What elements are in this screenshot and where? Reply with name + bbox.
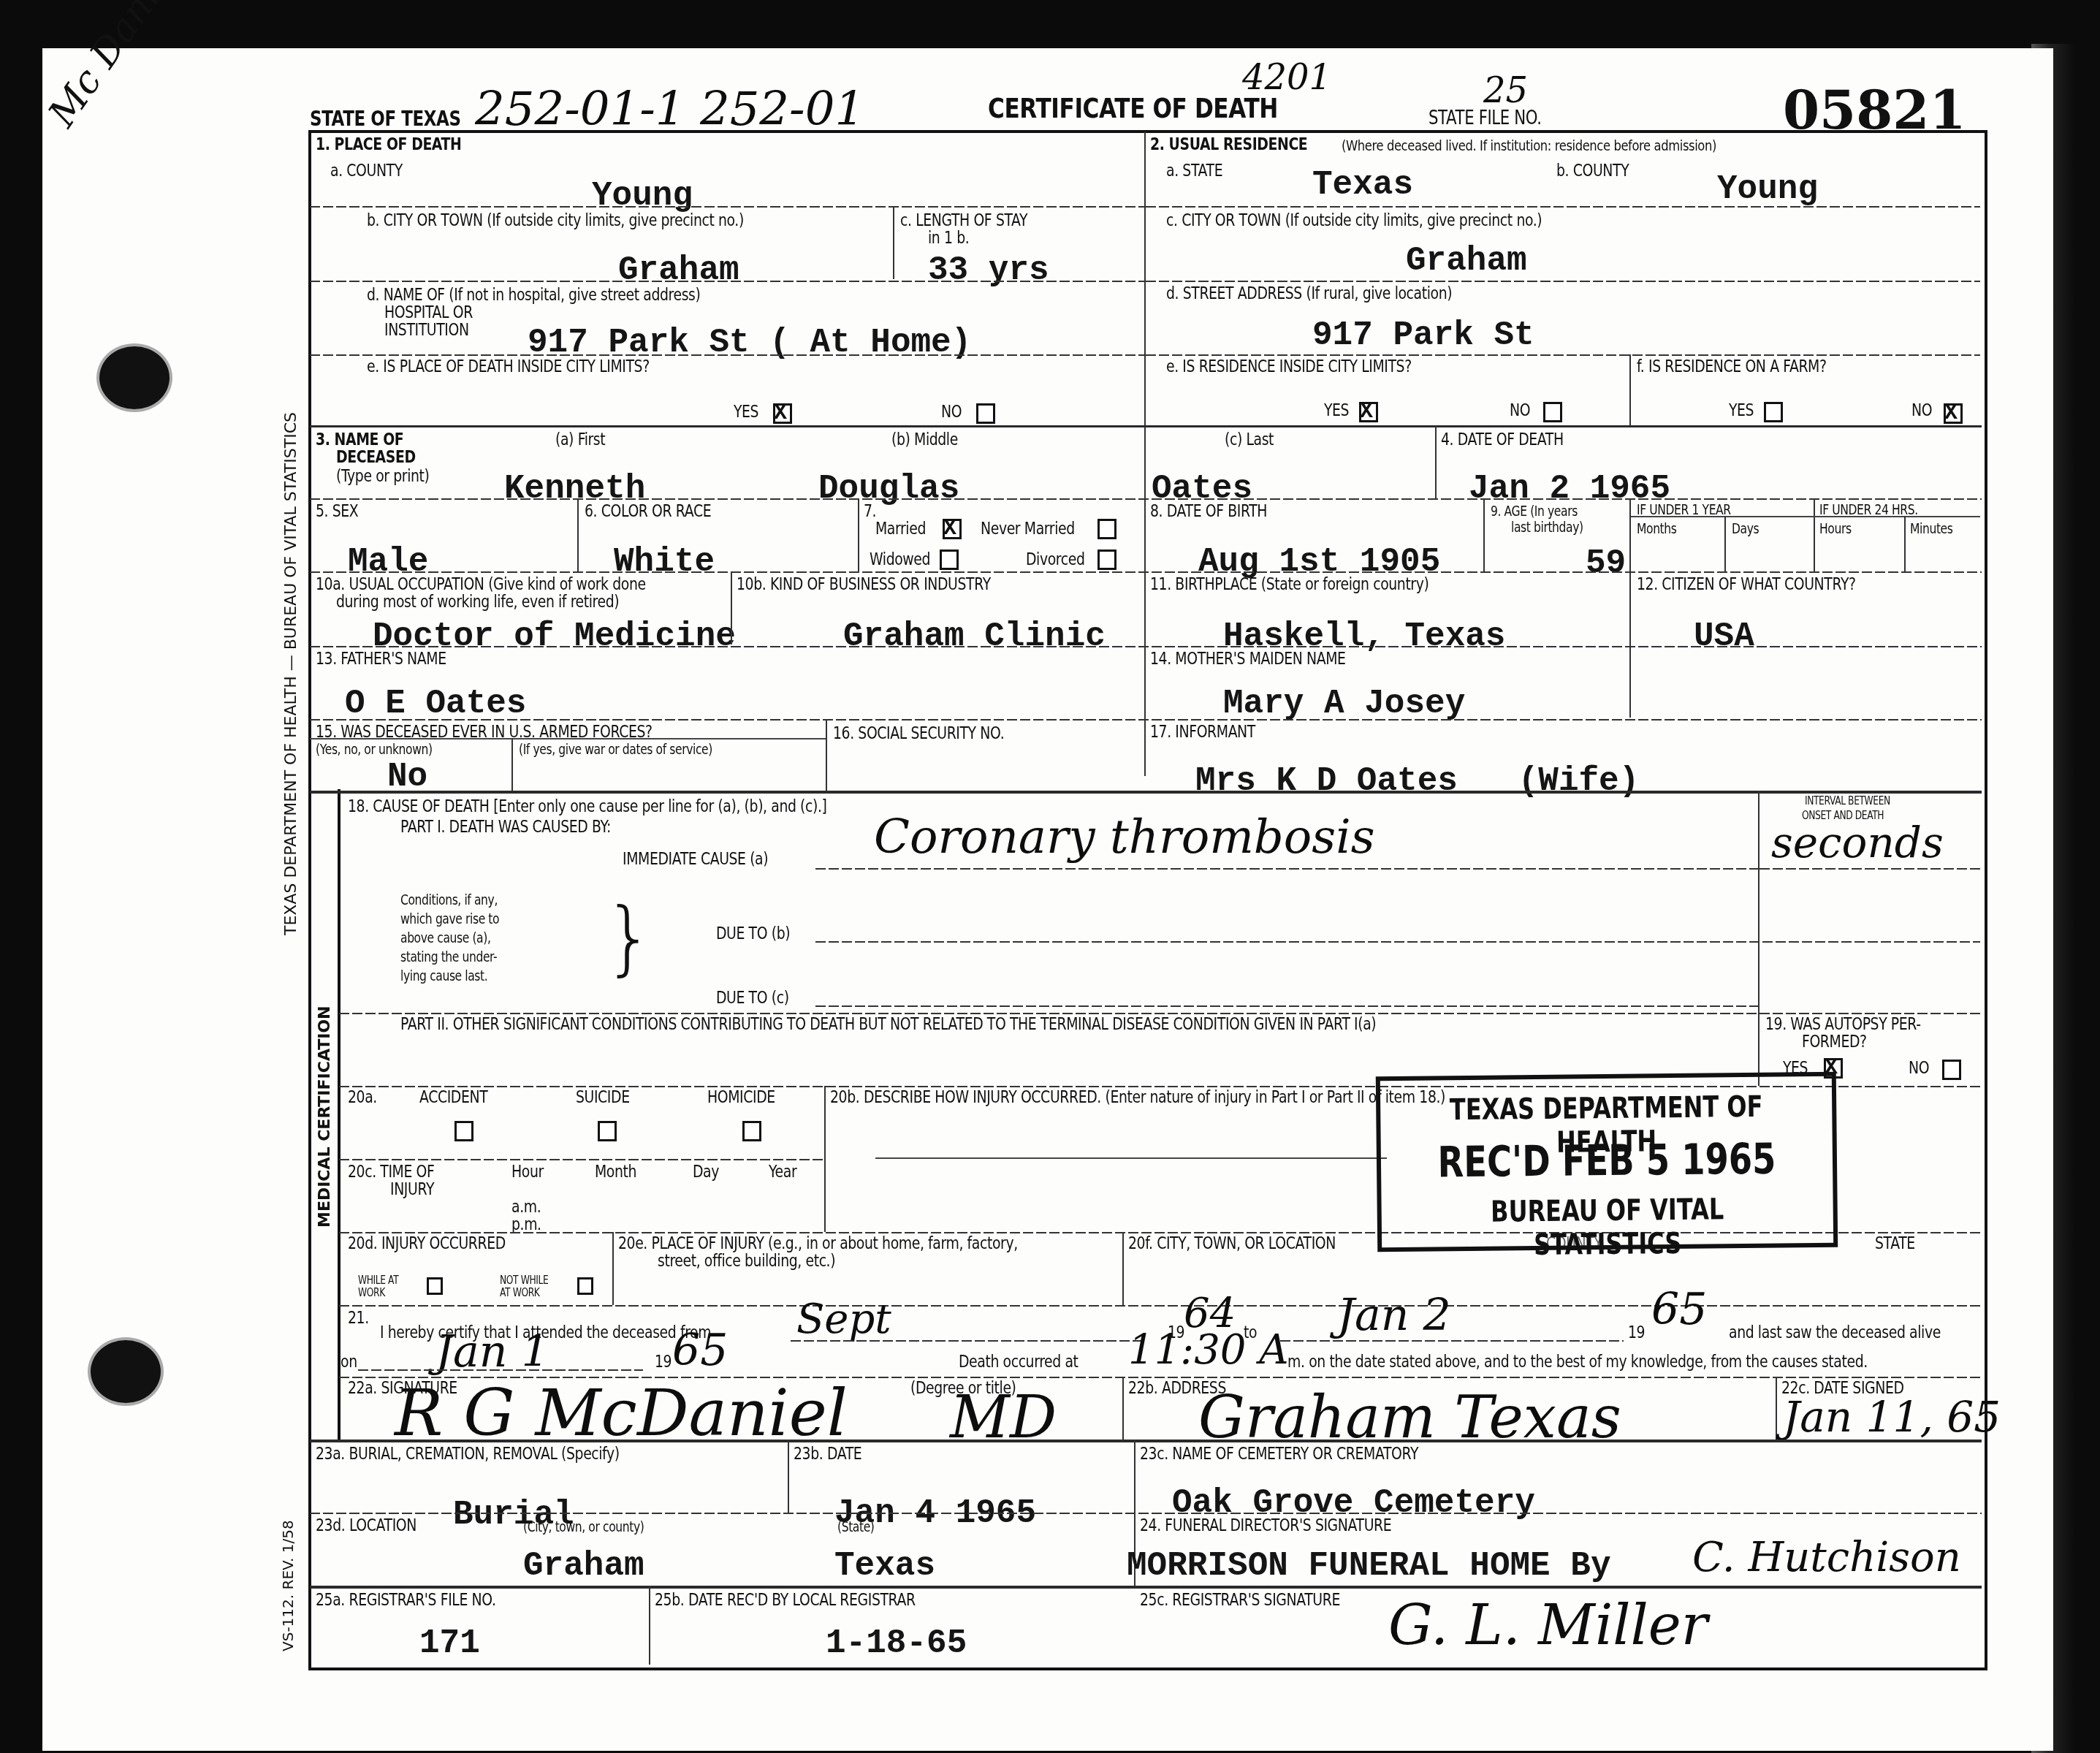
rule xyxy=(310,1513,1982,1514)
mother-value: Mary A Josey xyxy=(1223,687,1465,720)
divider xyxy=(1122,1377,1124,1440)
business-label: 10b. KIND OF BUSINESS OR INDUSTRY xyxy=(737,576,991,594)
time-of-injury-label-2: INJURY xyxy=(390,1181,434,1199)
registrar-signature-label: 25c. REGISTRAR'S SIGNATURE xyxy=(1140,1592,1340,1610)
physician-address: Graham Texas xyxy=(1198,1388,1621,1447)
rule xyxy=(310,791,1982,794)
while-at-work-checkbox[interactable] xyxy=(427,1277,443,1295)
not-while-at-work-checkbox[interactable] xyxy=(577,1277,593,1295)
cert-to-date: Jan 2 xyxy=(1337,1293,1451,1337)
rule xyxy=(310,1586,1982,1589)
am-label: a.m. xyxy=(511,1198,541,1217)
rule xyxy=(1280,1340,1624,1342)
funeral-director-label: 24. FUNERAL DIRECTOR'S SIGNATURE xyxy=(1140,1517,1391,1535)
registrar-date-label: 25b. DATE REC'D BY LOCAL REGISTRAR xyxy=(655,1592,916,1610)
location-city-value: Graham xyxy=(523,1549,644,1583)
department-side-label: TEXAS DEPARTMENT OF HEALTH — BUREAU OF V… xyxy=(282,412,300,935)
first-name-value: Kenneth xyxy=(504,472,645,506)
place-of-injury-label-1: 20e. PLACE OF INJURY (e.g., in or about … xyxy=(618,1235,1018,1253)
injury-occurred-label: 20d. INJURY OCCURRED xyxy=(348,1235,506,1253)
cert-year-prefix-2: 19 xyxy=(1628,1324,1645,1342)
divider xyxy=(1629,498,1631,718)
divider xyxy=(612,1232,614,1305)
occupation-value: Doctor of Medicine xyxy=(373,620,736,653)
marital-never-married-label: Never Married xyxy=(981,520,1075,539)
hospital-label-3: INSTITUTION xyxy=(384,322,469,340)
certificate-title: CERTIFICATE OF DEATH xyxy=(988,94,1278,124)
time-year-label: Year xyxy=(769,1163,796,1182)
while-at-work-label: WHILE AT WORK xyxy=(358,1274,406,1298)
injury-state-label: STATE xyxy=(1875,1235,1915,1253)
conditions-note-5: lying cause last. xyxy=(400,969,487,984)
cert-death-time: 11:30 A xyxy=(1128,1330,1289,1371)
rule xyxy=(310,354,1144,356)
rule xyxy=(1759,868,1980,870)
rule xyxy=(310,646,1982,647)
location-state-label: (State) xyxy=(837,1520,875,1535)
marital-divorced-label: Divorced xyxy=(1026,551,1084,569)
res-state-value: Texas xyxy=(1312,168,1413,202)
divider xyxy=(649,1586,650,1665)
registrar-date-value: 1-18-65 xyxy=(826,1627,967,1660)
dob-value: Aug 1st 1905 xyxy=(1198,545,1440,579)
physician-signature: R G McDaniel xyxy=(395,1381,848,1445)
cert-last-seen: Jan 1 xyxy=(435,1330,549,1374)
res-county-label: b. COUNTY xyxy=(1556,162,1629,180)
months-label: Months xyxy=(1637,522,1676,537)
res-inside-limits-label: e. IS RESIDENCE INSIDE CITY LIMITS? xyxy=(1166,358,1412,376)
rule xyxy=(310,738,826,739)
rule xyxy=(310,206,1144,208)
inside-limits-yes-checkbox[interactable] xyxy=(773,403,792,424)
city-value: Graham xyxy=(618,254,739,287)
business-value: Graham Clinic xyxy=(843,620,1106,653)
divider xyxy=(511,738,513,791)
due-to-c-label: DUE TO (c) xyxy=(716,989,789,1008)
res-street-label: d. STREET ADDRESS (If rural, give locati… xyxy=(1166,285,1452,303)
accident-checkbox[interactable] xyxy=(454,1121,473,1141)
conditions-note-1: Conditions, if any, xyxy=(400,893,498,908)
race-label: 6. COLOR OR RACE xyxy=(585,503,711,521)
injury-location-label: 20f. CITY, TOWN, OR LOCATION xyxy=(1128,1235,1336,1253)
divider xyxy=(1483,498,1485,571)
received-stamp: TEXAS DEPARTMENT OF HEALTH REC'D FEB 5 1… xyxy=(1376,1072,1838,1252)
rule xyxy=(310,498,1982,500)
ssn-label: 16. SOCIAL SECURITY NO. xyxy=(833,725,1004,743)
last-name-label: (c) Last xyxy=(1225,431,1274,449)
homicide-checkbox[interactable] xyxy=(742,1121,761,1141)
punch-hole-bottom xyxy=(88,1337,164,1406)
date-of-death-label: 4. DATE OF DEATH xyxy=(1441,431,1564,449)
handwritten-codes: 252-01-1 252-01 xyxy=(475,86,864,133)
cert-item-number: 21. xyxy=(348,1309,369,1328)
cert-on-label: on xyxy=(341,1353,357,1372)
divider xyxy=(826,719,827,791)
marital-never-married-checkbox[interactable] xyxy=(1097,519,1116,539)
stamp-line-3: BUREAU OF VITAL STATISTICS xyxy=(1426,1192,1788,1263)
immediate-cause-label: IMMEDIATE CAUSE (a) xyxy=(623,851,768,869)
interval-value: seconds xyxy=(1771,821,1944,864)
occupation-label-2: during most of working life, even if ret… xyxy=(336,593,619,612)
name-label-3: (Type or print) xyxy=(336,468,429,486)
physician-degree: MD xyxy=(950,1388,1057,1447)
burial-date-label: 23b. DATE xyxy=(794,1445,861,1464)
injury-type-label: 20a. xyxy=(348,1089,377,1107)
marital-widowed-checkbox[interactable] xyxy=(940,550,959,570)
conditions-note-2: which gave rise to xyxy=(400,912,499,927)
rule xyxy=(791,1340,1141,1342)
funeral-director-value: MORRISON FUNERAL HOME By xyxy=(1127,1549,1611,1583)
inside-limits-no-checkbox[interactable] xyxy=(976,403,995,424)
res-city-label: c. CITY OR TOWN (If outside city limits,… xyxy=(1166,212,1542,230)
cert-from-month: Sept xyxy=(796,1299,891,1340)
stay-label-1: c. LENGTH OF STAY xyxy=(900,212,1027,230)
punch-hole-top xyxy=(96,343,172,412)
stay-label-2: in 1 b. xyxy=(928,229,969,248)
hospital-label-2: HOSPITAL OR xyxy=(384,304,473,322)
form-number: VS-112. REV. 1/58 xyxy=(279,1520,297,1651)
suicide-label: SUICIDE xyxy=(576,1089,630,1107)
age-value: 59 xyxy=(1586,547,1626,580)
handwritten-title-code: 4201 xyxy=(1242,60,1331,95)
res-farm-yes-label: YES xyxy=(1729,402,1754,420)
marital-label: 7. xyxy=(864,503,876,521)
time-month-label: Month xyxy=(595,1163,636,1182)
res-inside-yes-checkbox[interactable] xyxy=(1359,402,1378,422)
rule xyxy=(1631,516,1980,517)
middle-name-value: Douglas xyxy=(818,472,959,506)
rule xyxy=(815,1005,1758,1007)
rule xyxy=(358,1369,643,1371)
res-farm-yes-checkbox[interactable] xyxy=(1764,402,1783,422)
state-file-label: STATE FILE NO. xyxy=(1428,108,1542,129)
time-day-label: Day xyxy=(693,1163,719,1182)
res-inside-no-checkbox[interactable] xyxy=(1543,402,1562,422)
name-label-2: DECEASED xyxy=(336,449,416,467)
city-label: b. CITY OR TOWN (If outside city limits,… xyxy=(367,212,744,230)
conditions-brace-icon: } xyxy=(604,897,655,978)
armed-forces-sub-2: (If yes, give war or dates of service) xyxy=(519,742,712,758)
dob-label: 8. DATE OF BIRTH xyxy=(1150,503,1267,521)
marital-married-label: Married xyxy=(875,520,926,539)
cert-year-prefix-3: 19 xyxy=(655,1353,672,1372)
res-farm-no-label: NO xyxy=(1911,402,1932,420)
rule xyxy=(815,868,1758,870)
cert-last-seen-year: 65 xyxy=(672,1328,728,1372)
res-state-label: a. STATE xyxy=(1166,162,1222,180)
marital-married-checkbox[interactable] xyxy=(943,519,962,539)
first-name-label: (a) First xyxy=(555,431,605,449)
res-farm-no-checkbox[interactable] xyxy=(1944,403,1963,424)
autopsy-label-2: FORMED? xyxy=(1802,1033,1867,1052)
disposition-label: 23a. BURIAL, CREMATION, REMOVAL (Specify… xyxy=(316,1445,620,1464)
part2-label: PART II. OTHER SIGNIFICANT CONDITIONS CO… xyxy=(400,1016,1376,1034)
autopsy-no-label: NO xyxy=(1909,1060,1929,1078)
county-value: Young xyxy=(592,179,693,213)
name-label-1: 3. NAME OF xyxy=(316,431,403,449)
hospital-label-1: d. NAME OF (If not in hospital, give str… xyxy=(367,286,700,305)
stamp-line-2: REC'D FEB 5 1965 xyxy=(1426,1133,1787,1187)
rule xyxy=(1146,206,1980,208)
age-label-2: last birthday) xyxy=(1511,520,1583,536)
divider xyxy=(731,571,732,644)
last-name-value: Oates xyxy=(1152,472,1252,506)
inside-limits-yes-label: YES xyxy=(734,403,758,422)
divider xyxy=(577,498,579,571)
citizen-label: 12. CITIZEN OF WHAT COUNTRY? xyxy=(1637,576,1856,594)
res-street-value: 917 Park St xyxy=(1312,319,1534,352)
describe-injury-label: 20b. DESCRIBE HOW INJURY OCCURRED. (Ente… xyxy=(830,1089,1445,1107)
hours-label: Hours xyxy=(1819,522,1852,537)
citizen-value: USA xyxy=(1694,620,1754,653)
armed-forces-value: No xyxy=(387,760,427,794)
rule xyxy=(1146,281,1980,282)
date-of-death-value: Jan 2 1965 xyxy=(1469,472,1670,506)
due-to-b-label: DUE TO (b) xyxy=(716,925,790,943)
conditions-note-4: stating the under- xyxy=(400,950,497,965)
rule xyxy=(310,425,1982,427)
birthplace-value: Haskell, Texas xyxy=(1223,620,1505,653)
divider xyxy=(1724,516,1726,571)
divider xyxy=(824,1086,826,1232)
res-farm-label: f. IS RESIDENCE ON A FARM? xyxy=(1637,358,1827,376)
registrar-file-no-value: 171 xyxy=(419,1627,480,1660)
usual-residence-note: (Where deceased lived. If institution: r… xyxy=(1342,137,1716,153)
inside-limits-no-label: NO xyxy=(941,403,962,422)
marital-divorced-checkbox[interactable] xyxy=(1097,550,1116,570)
informant-label: 17. INFORMANT xyxy=(1150,723,1255,742)
rule xyxy=(310,571,1982,573)
rule xyxy=(339,1305,1980,1307)
divider xyxy=(1629,354,1631,427)
medical-cert-divider xyxy=(338,789,341,1440)
divider xyxy=(1776,1377,1777,1440)
suicide-checkbox[interactable] xyxy=(598,1121,617,1141)
cemetery-label: 23c. NAME OF CEMETERY OR CREMATORY xyxy=(1140,1445,1418,1464)
divider xyxy=(1144,498,1146,776)
divider xyxy=(1435,425,1437,498)
sex-label: 5. SEX xyxy=(316,503,358,521)
res-county-value: Young xyxy=(1717,172,1818,206)
armed-forces-sub-1: (Yes, no, or unknown) xyxy=(316,742,433,758)
rule xyxy=(310,719,1982,720)
place-of-death-label: 1. PLACE OF DEATH xyxy=(316,136,461,154)
father-label: 13. FATHER'S NAME xyxy=(316,650,446,669)
date-signed-value: Jan 11, 65 xyxy=(1783,1396,2001,1438)
state-label: STATE OF TEXAS xyxy=(310,108,461,131)
registrar-file-no-label: 25a. REGISTRAR'S FILE NO. xyxy=(316,1592,495,1610)
funeral-director-signature: C. Hutchison xyxy=(1692,1537,1961,1578)
cemetery-value: Oak Grove Cemetery xyxy=(1172,1486,1535,1520)
location-city-label: (City, town, or county) xyxy=(523,1520,644,1535)
registrar-signature: G. L. Miller xyxy=(1388,1597,1708,1653)
conditions-note-3: above cause (a), xyxy=(400,931,490,946)
birthplace-label: 11. BIRTHPLACE (State or foreign country… xyxy=(1150,576,1428,594)
time-of-injury-label-1: 20c. TIME OF xyxy=(348,1163,434,1182)
divider xyxy=(788,1440,789,1513)
res-inside-no-label: NO xyxy=(1510,402,1530,420)
place-of-injury-label-2: street, office building, etc.) xyxy=(658,1252,835,1271)
accident-label: ACCIDENT xyxy=(419,1089,487,1107)
part1-label: PART I. DEATH WAS CAUSED BY: xyxy=(400,818,611,837)
marital-widowed-label: Widowed xyxy=(870,551,930,569)
medical-certification-label: MEDICAL CERTIFICATION xyxy=(316,1005,334,1228)
autopsy-no-checkbox[interactable] xyxy=(1942,1060,1961,1080)
homicide-label: HOMICIDE xyxy=(707,1089,775,1107)
divider xyxy=(1904,516,1906,571)
divider xyxy=(1122,1232,1124,1305)
days-label: Days xyxy=(1732,522,1759,537)
mother-label: 14. MOTHER'S MAIDEN NAME xyxy=(1150,650,1346,669)
cert-text-2: and last saw the deceased alive xyxy=(1729,1324,1941,1342)
divider xyxy=(1758,791,1759,1032)
age-label-1: 9. AGE (In years xyxy=(1491,504,1578,520)
location-state-value: Texas xyxy=(834,1549,935,1583)
stay-value: 33 yrs xyxy=(928,254,1049,287)
not-while-at-work-label: NOT WHILE AT WORK xyxy=(500,1274,554,1298)
cert-to-year: 65 xyxy=(1651,1288,1707,1331)
father-value: O E Oates xyxy=(345,687,526,720)
rule xyxy=(1146,354,1980,356)
res-inside-yes-label: YES xyxy=(1324,402,1349,420)
sex-value: Male xyxy=(348,545,428,579)
time-hour-label: Hour xyxy=(511,1163,544,1182)
rule xyxy=(310,281,1144,282)
rule xyxy=(310,1440,1982,1442)
cert-text-3: m. on the date stated above, and to the … xyxy=(1287,1353,1868,1372)
burial-location-label: 23d. LOCATION xyxy=(316,1517,416,1535)
minutes-label: Minutes xyxy=(1910,522,1952,537)
middle-name-label: (b) Middle xyxy=(891,431,958,449)
divider xyxy=(893,206,894,279)
interval-label-1: INTERVAL BETWEEN xyxy=(1805,795,1890,807)
cert-death-occurred-label: Death occurred at xyxy=(959,1353,1078,1372)
divider xyxy=(858,498,859,571)
rule xyxy=(875,1157,1387,1159)
immediate-cause-value: Coronary thrombosis xyxy=(874,814,1375,861)
county-label: a. COUNTY xyxy=(330,162,403,180)
handwritten-state-file: 25 xyxy=(1483,73,1528,108)
race-value: White xyxy=(614,545,715,579)
rule xyxy=(815,941,1980,943)
occupation-label-1: 10a. USUAL OCCUPATION (Give kind of work… xyxy=(316,576,646,594)
res-city-value: Graham xyxy=(1406,244,1527,278)
cause-of-death-label: 18. CAUSE OF DEATH [Enter only one cause… xyxy=(348,798,826,816)
autopsy-label-1: 19. WAS AUTOPSY PER- xyxy=(1765,1016,1921,1034)
inside-limits-label: e. IS PLACE OF DEATH INSIDE CITY LIMITS? xyxy=(367,358,650,376)
divider xyxy=(1814,498,1815,571)
rule xyxy=(339,1159,824,1160)
usual-residence-label: 2. USUAL RESIDENCE xyxy=(1150,136,1307,154)
rule xyxy=(339,1013,1980,1014)
